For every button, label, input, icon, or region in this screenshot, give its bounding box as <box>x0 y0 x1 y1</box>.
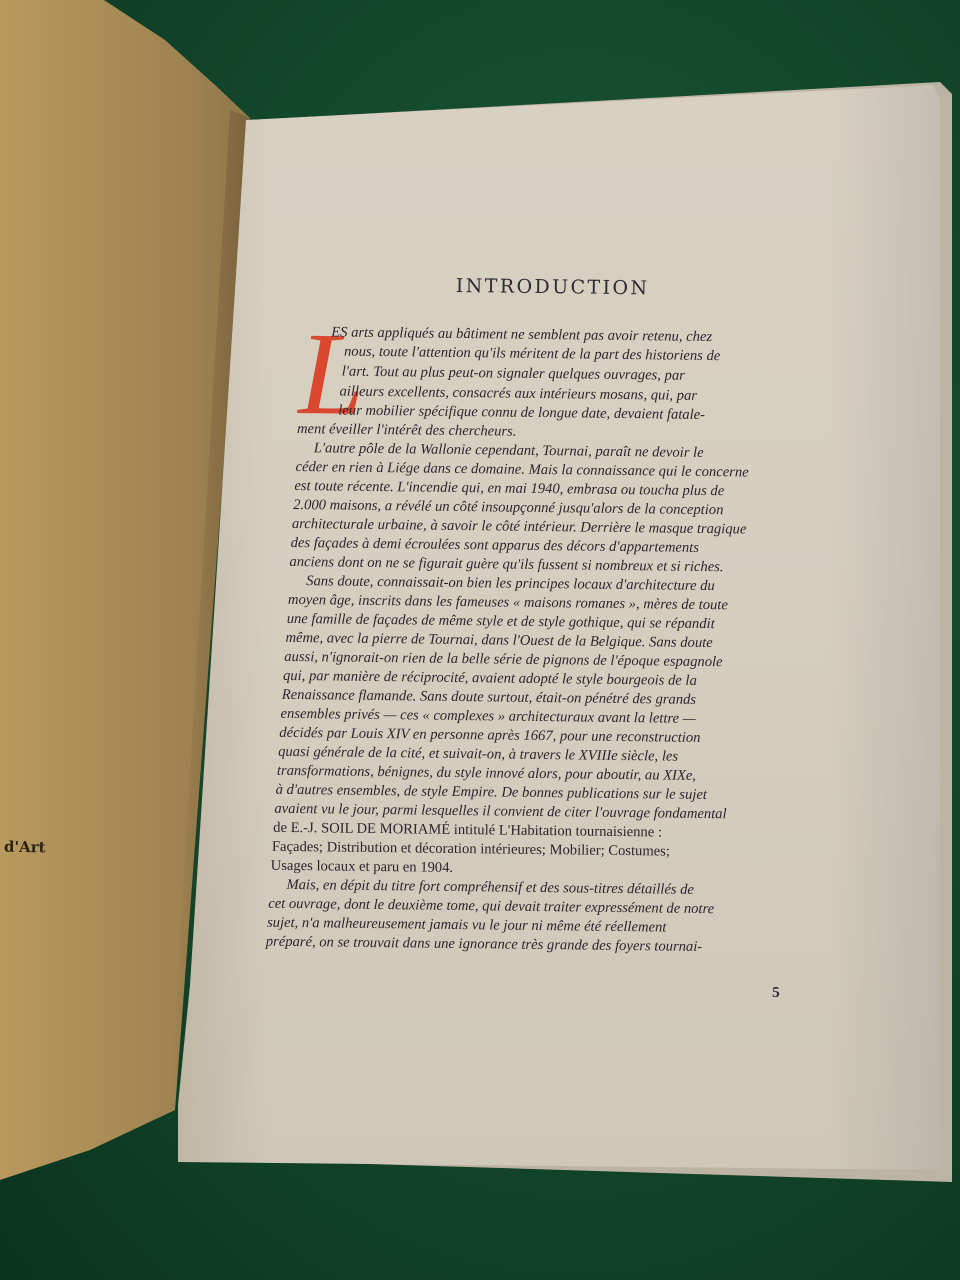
text-line: Usages locaux et paru en 1904. <box>271 858 454 877</box>
text-line: ment éveiller l'intérêt des chercheurs. <box>297 421 517 441</box>
page-title: INTRODUCTION <box>456 275 650 299</box>
text-line: nous, toute l'attention qu'ils méritent … <box>344 344 809 367</box>
text-line: l'art. Tout au plus peut-on signaler que… <box>342 364 809 387</box>
page-number: 5 <box>772 985 780 1002</box>
page-content: INTRODUCTION L ES arts appliqués au bâti… <box>0 0 960 1280</box>
